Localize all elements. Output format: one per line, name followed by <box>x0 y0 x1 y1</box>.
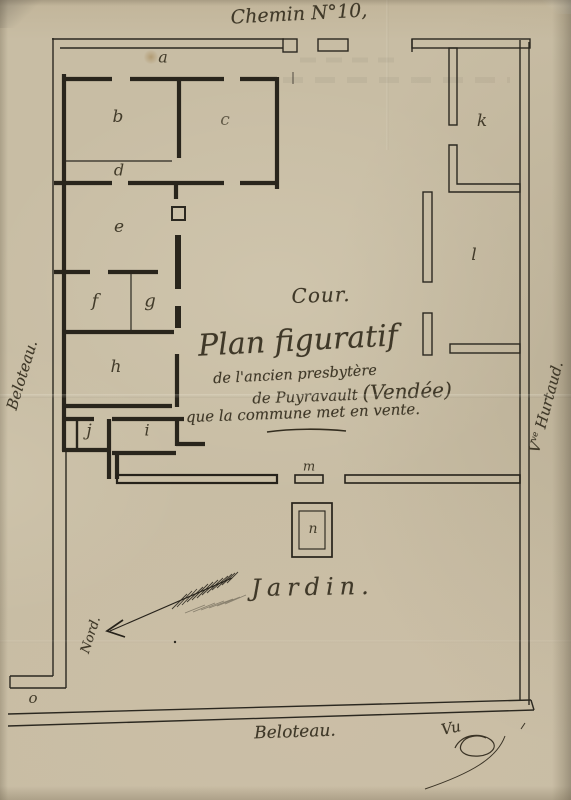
room-label-n: n <box>308 521 317 537</box>
right-wing-walls <box>412 39 530 355</box>
north-arrow <box>107 572 246 643</box>
room-label-a: a <box>158 48 168 67</box>
room-label-j: j <box>86 421 91 441</box>
garden-walls <box>117 475 520 483</box>
garden-label: Jardin. <box>251 572 375 602</box>
room-label-g: g <box>144 291 156 312</box>
title-underline <box>267 429 346 432</box>
thin-interior-lines <box>62 161 185 332</box>
courtyard-label: Cour. <box>291 282 351 308</box>
room-label-m: m <box>303 460 315 475</box>
room-label-l: l <box>471 245 476 265</box>
neighbor-label-bottom: Beloteau. <box>254 721 336 744</box>
scanned-plan-document: Chemin N°10, a b c d e f g h j i k l m n… <box>0 0 571 800</box>
room-label-d: d <box>114 161 124 180</box>
room-label-e: e <box>114 217 124 237</box>
signature-flourish <box>425 723 525 789</box>
room-label-c: c <box>220 110 230 130</box>
room-label-i: i <box>144 421 149 440</box>
room-label-o: o <box>28 689 37 707</box>
pencil-marks <box>283 60 510 80</box>
room-label-f: f <box>92 291 99 312</box>
room-label-k: k <box>477 111 487 131</box>
room-label-b: b <box>113 107 124 127</box>
room-label-h: h <box>111 357 122 377</box>
